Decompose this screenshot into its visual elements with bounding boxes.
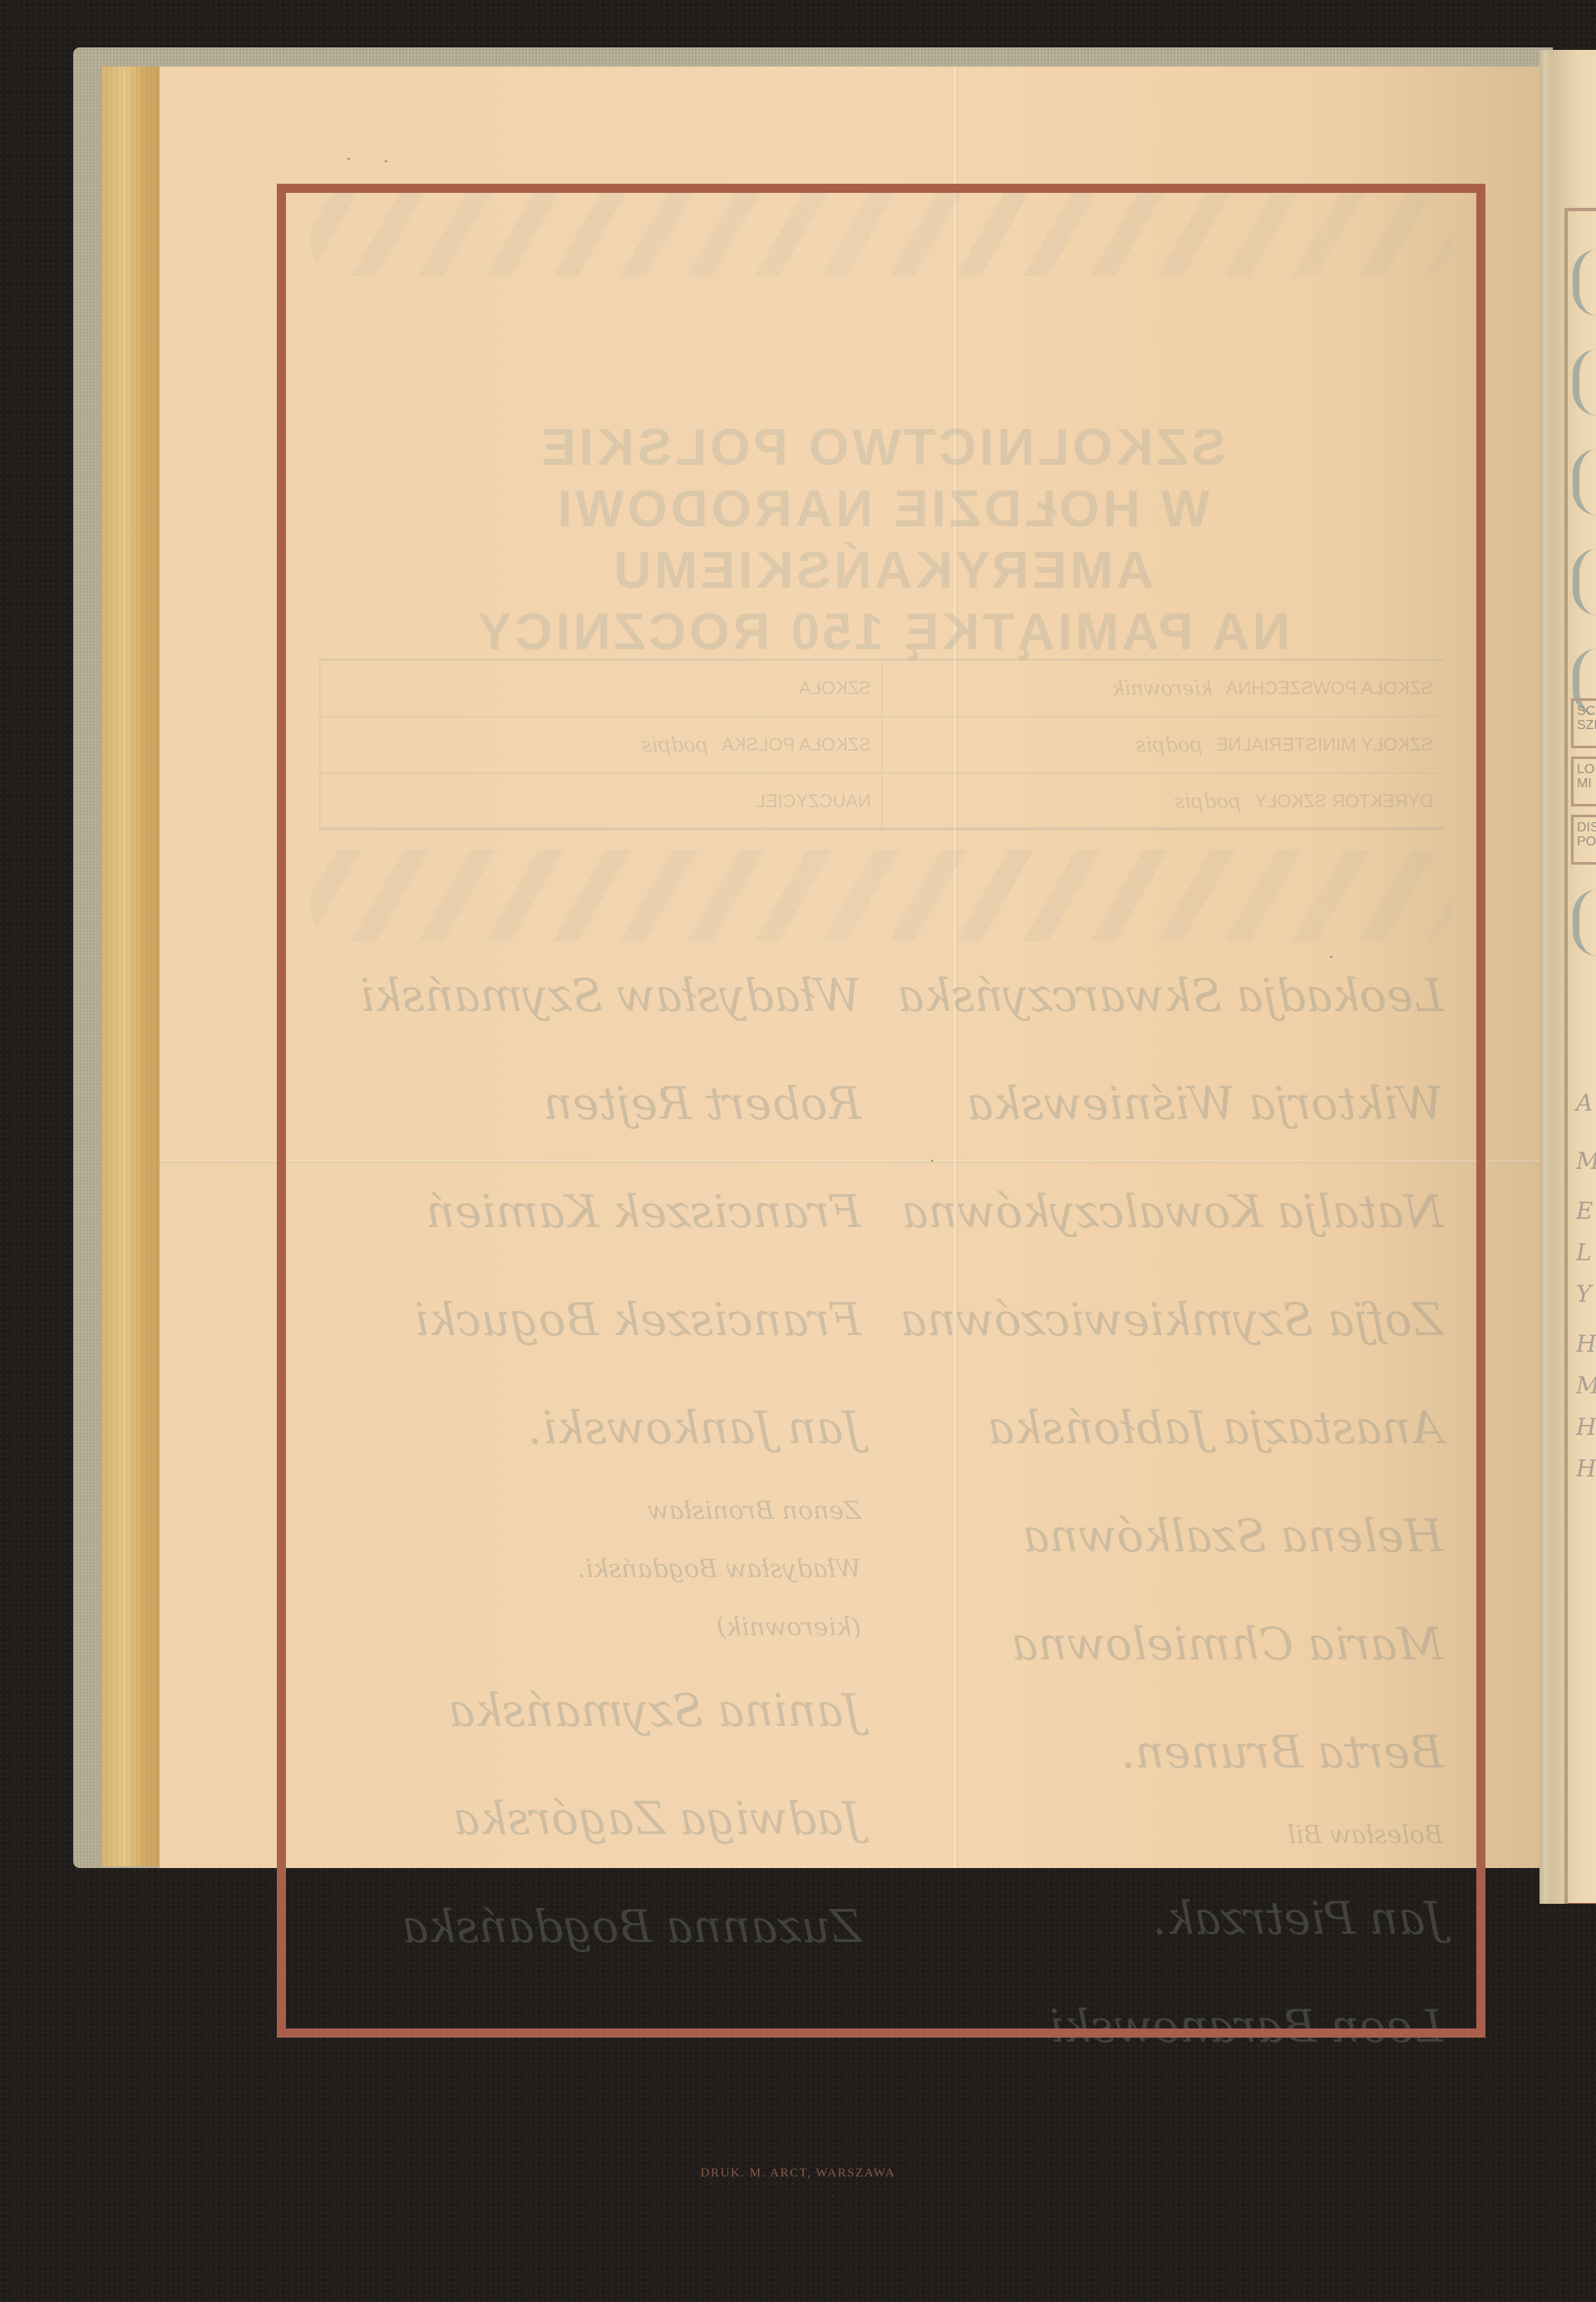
facing-table-cell: SCH SZH — [1571, 698, 1596, 748]
glass-plate-edge — [1541, 50, 1549, 1904]
facing-script: A — [1576, 1089, 1593, 1116]
page-block-edge — [101, 67, 161, 1866]
printer-imprint: DRUK. M. ARCT, WARSZAWA — [0, 2166, 1596, 2181]
page-border-frame — [277, 184, 1485, 2038]
paper-speck — [1330, 956, 1332, 958]
facing-script: M — [1576, 1147, 1596, 1175]
facing-page-edge: SCH SZH LO MI DIS PO A M E L Y H M H H J — [1539, 50, 1596, 1904]
paper-speck — [347, 158, 350, 160]
facing-table-cell: DIS PO — [1571, 815, 1596, 865]
paper-speck — [831, 2195, 834, 2196]
facing-script: M — [1576, 1372, 1596, 1399]
facing-table-cell: LO MI — [1571, 757, 1596, 806]
paper-speck — [385, 160, 387, 162]
facing-script: E — [1576, 1197, 1593, 1225]
facing-script: H — [1576, 1455, 1596, 1482]
facing-script: H — [1576, 1330, 1596, 1358]
facing-script: H — [1576, 1413, 1596, 1441]
paper-speck — [931, 1160, 933, 1161]
facing-script: L — [1576, 1239, 1592, 1266]
facing-script: Y — [1576, 1280, 1591, 1308]
